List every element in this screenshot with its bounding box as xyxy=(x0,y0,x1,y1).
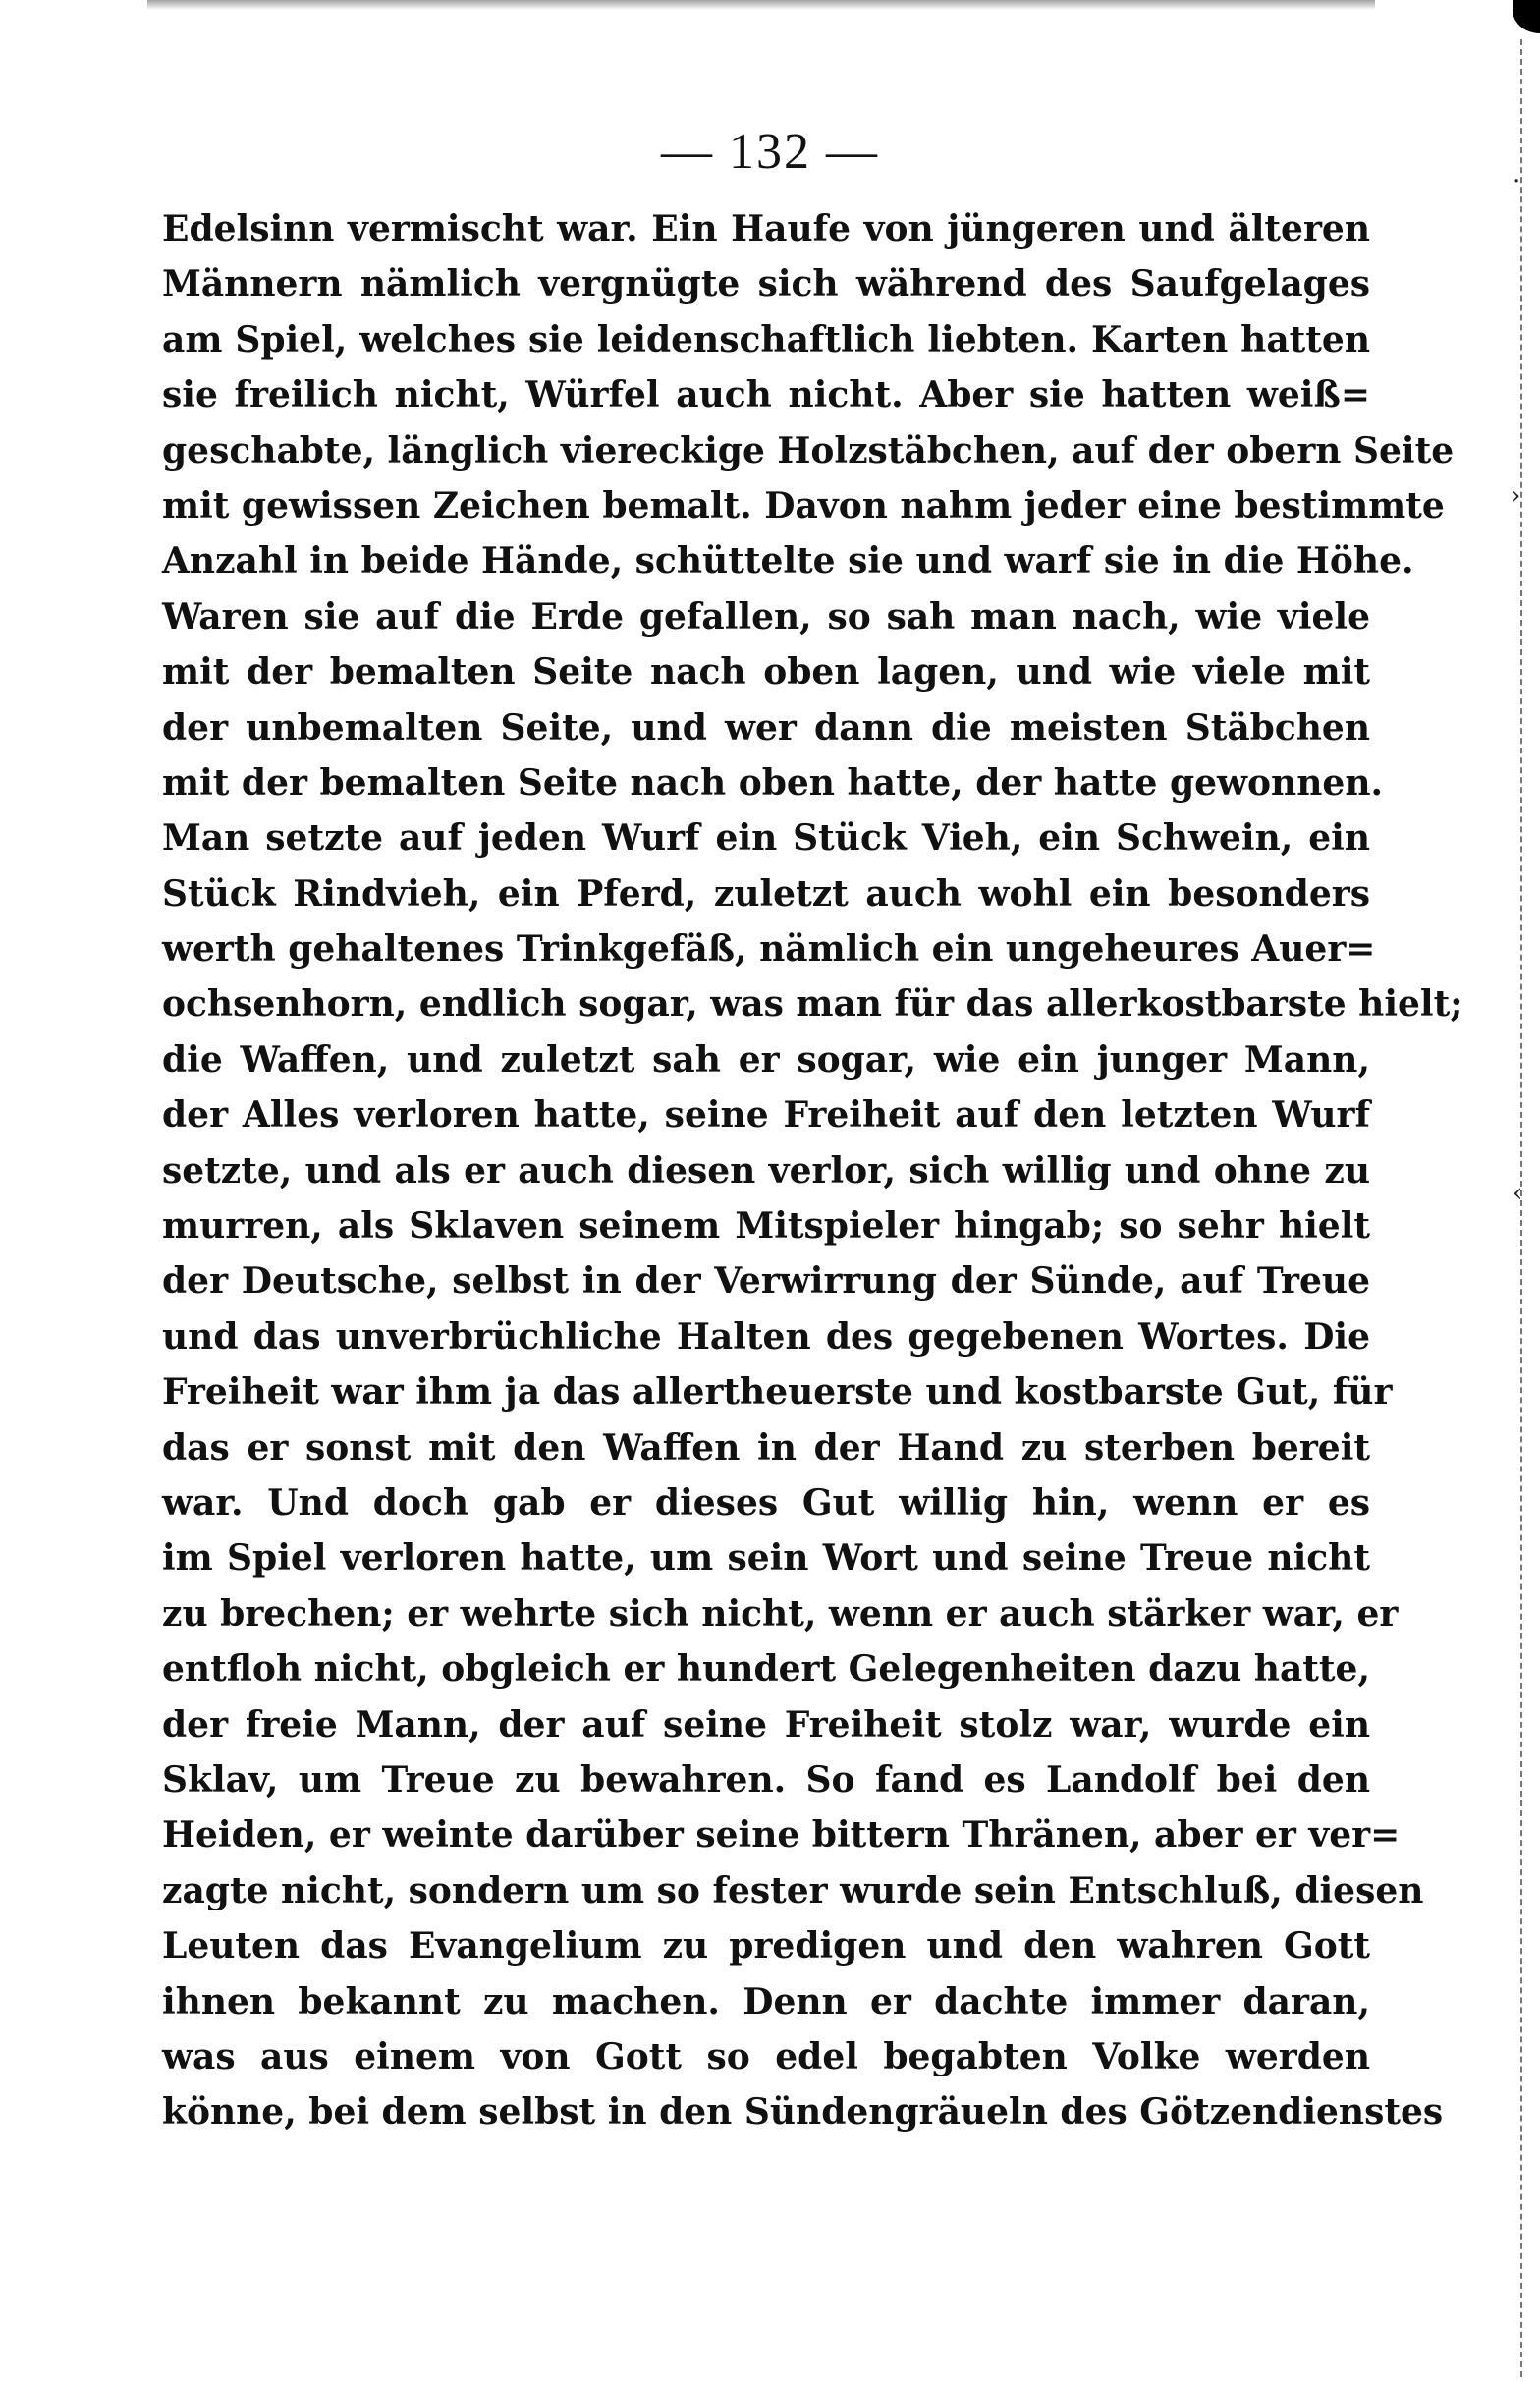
page-right-edge xyxy=(1520,39,1522,2377)
page-number: — 132 — xyxy=(0,123,1540,181)
text-line: mit gewissen Zeichen bemalt. Davon nahm … xyxy=(162,478,1370,533)
edge-mark: › xyxy=(1511,481,1520,511)
text-line: werth gehaltenes Trinkgefäß, nämlich ein… xyxy=(162,921,1370,976)
text-line: sie freilich nicht, Würfel auch nicht. A… xyxy=(162,367,1370,422)
text-line: ochsenhorn, endlich sogar, was man für d… xyxy=(162,976,1370,1031)
page-top-edge-shadow xyxy=(147,0,1375,10)
text-line: der unbemalten Seite, und wer dann die m… xyxy=(162,700,1370,755)
text-line: mit der bemalten Seite nach oben hatte, … xyxy=(162,755,1370,810)
text-line: Männern nämlich vergnügte sich während d… xyxy=(162,256,1370,311)
body-text: Edelsinn vermischt war. Ein Haufe von jü… xyxy=(162,201,1370,2140)
text-line: geschabte, länglich viereckige Holzstäbc… xyxy=(162,423,1370,478)
scan-corner-mark xyxy=(1512,0,1540,33)
text-line: Heiden, er weinte darüber seine bittern … xyxy=(162,1807,1370,1862)
text-line: Stück Rindvieh, ein Pferd, zuletzt auch … xyxy=(162,866,1370,921)
text-line: die Waffen, und zuletzt sah er sogar, wi… xyxy=(162,1032,1370,1087)
text-line: das er sonst mit den Waffen in der Hand … xyxy=(162,1420,1370,1475)
text-line: murren, als Sklaven seinem Mitspieler hi… xyxy=(162,1198,1370,1253)
text-line: Freiheit war ihm ja das allertheuerste u… xyxy=(162,1364,1370,1419)
text-line: entfloh nicht, obgleich er hundert Geleg… xyxy=(162,1641,1370,1696)
text-line: zagte nicht, sondern um so fester wurde … xyxy=(162,1863,1370,1918)
text-line: am Spiel, welches sie leidenschaftlich l… xyxy=(162,312,1370,367)
text-line: der freie Mann, der auf seine Freiheit s… xyxy=(162,1697,1370,1752)
text-line: Leuten das Evangelium zu predigen und de… xyxy=(162,1918,1370,1973)
text-line: was aus einem von Gott so edel begabten … xyxy=(162,2029,1370,2084)
text-line: könne, bei dem selbst in den Sündengräue… xyxy=(162,2084,1370,2139)
text-line: der Deutsche, selbst in der Verwirrung d… xyxy=(162,1253,1370,1308)
text-line: Waren sie auf die Erde gefallen, so sah … xyxy=(162,589,1370,644)
text-line: war. Und doch gab er dieses Gut willig h… xyxy=(162,1475,1370,1530)
edge-mark: ‹ xyxy=(1512,1179,1522,1208)
book-page: · › ‹ — 132 — Edelsinn vermischt war. Ei… xyxy=(0,0,1540,2381)
text-line: ihnen bekannt zu machen. Denn er dachte … xyxy=(162,1974,1370,2029)
text-line: mit der bemalten Seite nach oben lagen, … xyxy=(162,644,1370,699)
text-line: Edelsinn vermischt war. Ein Haufe von jü… xyxy=(162,201,1370,256)
text-line: setzte, und als er auch diesen verlor, s… xyxy=(162,1143,1370,1198)
text-line: im Spiel verloren hatte, um sein Wort un… xyxy=(162,1530,1370,1585)
text-line: Anzahl in beide Hände, schüttelte sie un… xyxy=(162,533,1370,588)
text-line: zu brechen; er wehrte sich nicht, wenn e… xyxy=(162,1586,1370,1641)
text-line: und das unverbrüchliche Halten des gegeb… xyxy=(162,1309,1370,1364)
text-line: Man setzte auf jeden Wurf ein Stück Vieh… xyxy=(162,810,1370,865)
text-line: der Alles verloren hatte, seine Freiheit… xyxy=(162,1087,1370,1142)
text-line: Sklav, um Treue zu bewahren. So fand es … xyxy=(162,1752,1370,1807)
